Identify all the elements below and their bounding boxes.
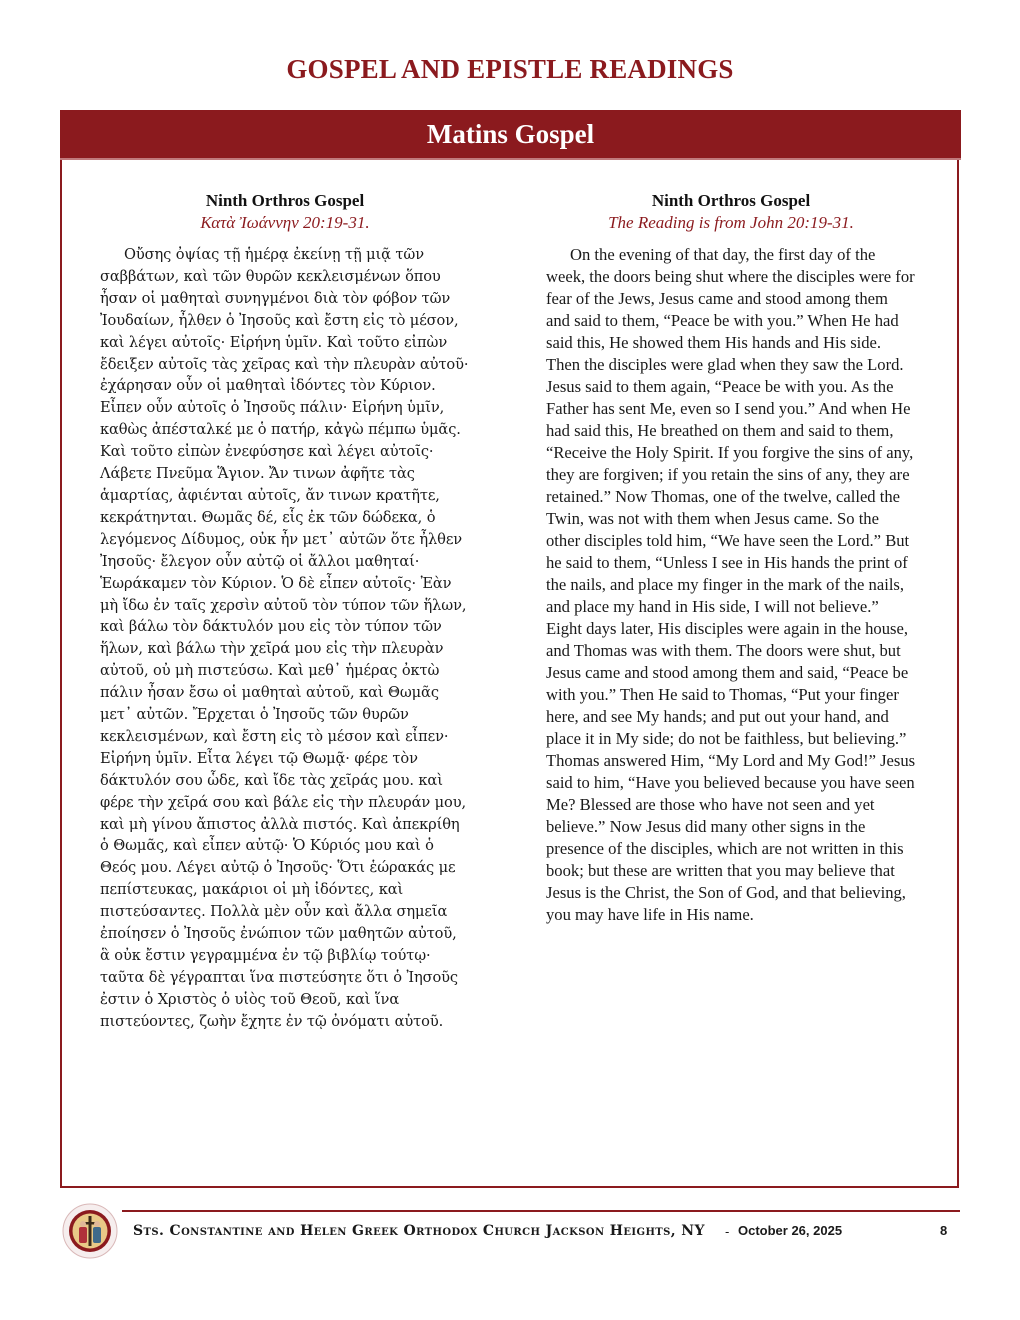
section-header-band: Matins Gospel <box>60 110 961 160</box>
page-title: GOSPEL AND EPISTLE READINGS <box>0 54 1020 85</box>
english-heading: Ninth Orthros Gospel <box>546 190 916 212</box>
english-reference: The Reading is from John 20:19-31. <box>546 212 916 234</box>
greek-body: Οὔσης ὀψίας τῇ ἡμέρᾳ ἐκείνῃ τῇ μιᾷ τῶν σ… <box>100 244 470 1033</box>
footer-separator: - <box>725 1224 729 1239</box>
footer-date: October 26, 2025 <box>738 1223 842 1238</box>
page-number: 8 <box>940 1223 947 1238</box>
footer-church-name: Sts. Constantine and Helen Greek Orthodo… <box>133 1223 705 1239</box>
section-title: Matins Gospel <box>60 110 961 158</box>
greek-heading: Ninth Orthros Gospel <box>100 190 470 212</box>
footer-divider <box>122 1210 960 1212</box>
english-column: Ninth Orthros Gospel The Reading is from… <box>546 190 916 926</box>
greek-reference: Κατὰ Ἰωάννην 20:19-31. <box>100 212 470 234</box>
church-seal-icon <box>62 1203 118 1259</box>
greek-column: Ninth Orthros Gospel Κατὰ Ἰωάννην 20:19-… <box>100 190 470 1033</box>
english-body: On the evening of that day, the first da… <box>546 244 916 926</box>
